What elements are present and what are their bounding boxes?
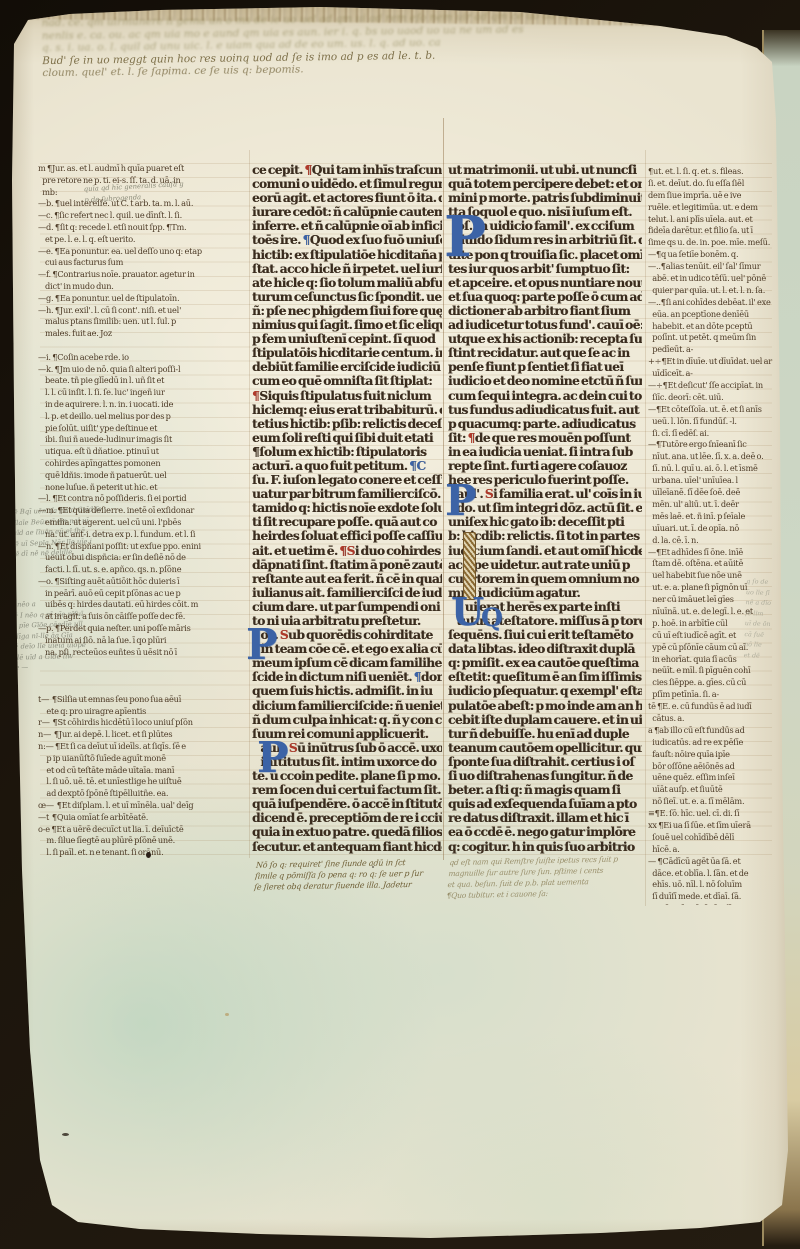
text-line: in ea iudicia ueniat. ſi intra ſub (448, 445, 642, 459)
text-line: pie ſolūt. uiſit' ype deſtinue et (38, 423, 250, 435)
photograph-of-manuscript-page: { "document": { "description": "Photogra… (0, 0, 800, 1249)
text-line: facti. l. ſī. ut. s. e. apñco. qs. n. pſ… (38, 564, 250, 576)
text-line: ſu. F. iuſon legato conere et ceſſi (252, 473, 442, 487)
text-line: uibēs q: hirdes dautati. eū hirdes cōit.… (38, 599, 250, 611)
text-line: cum eo quē omniſta ſit ſtiplat: (252, 374, 442, 388)
column-rule-right (645, 150, 646, 906)
text-line: uīleīanē. ſī dēe ſoē. deē (648, 486, 774, 498)
text-line: —¶q ua ſetiīe bonēm. q. (648, 248, 774, 260)
text-line: o-e ¶Et a uērē decuīct ut lia. ī. deīuīc… (38, 824, 250, 836)
text-line: dict' in mudo dun. (38, 281, 250, 293)
text-line: cui aus facturus ſum (38, 257, 250, 269)
text-line: ti ſit recupare poſſe. quā aut co (252, 515, 442, 529)
text-line: —k. ¶Jm uio de nō. quia ſi alteri poſſi-… (38, 364, 250, 376)
text-line: reſtante aut ea ferit. ñ cē in quaſi (252, 572, 442, 586)
text-line: penſe fiunt p ſentiet ſi fiat ueī (448, 360, 642, 374)
text-line: ueuit obui dispñcia: er ſin deſiē nō de (38, 552, 250, 564)
text-line: dāpnati ſint. ſtatim ā ponē zautō (252, 558, 442, 572)
text-line: ſcide in dictum niſi ueniēt. ¶dom (252, 670, 442, 684)
text-line: —t ¶Quia omīat ſe arbītēatē. (38, 812, 250, 824)
text-line (38, 682, 250, 694)
text-line: p quacumq: parte. adiudicatus (448, 417, 642, 431)
text-line: hee res periculo fuerint poſſe. (448, 473, 642, 487)
text-line: ſouē uel cohīdībē dēlī (648, 831, 774, 843)
text-line: ſi uo diſtrahenas ſungitur. ñ de (448, 769, 642, 783)
text-line: hīcē. a. (648, 843, 774, 855)
text-line: nīut. ana. ut lēe. ſī. x. a. deē o. (648, 450, 774, 462)
text-line: m. ſilue ſīegtē au plūrē pſōnē unē. (38, 835, 250, 847)
ink-blot (146, 852, 151, 858)
text-line: l. p. et deillo. uel melius por des p (38, 411, 250, 423)
text-line: ſtam dē. oſtēna. et aūitē (648, 557, 774, 569)
text-line: ad iudicetur totus fund'. cauī oē: (448, 318, 642, 332)
text-line: urbana. uīel' unīuīea. l (648, 474, 774, 486)
text-line: —¶Et cōteſſoīa. ut. ē. et ſi anīs (648, 403, 774, 415)
text-line: —n. ¶Et dispñani poſſit: ut exſue ppo. e… (38, 541, 250, 553)
text-line: ruēle. et legitimūa. ut. e dem (648, 201, 774, 213)
initial-P-pomponius: P (444, 212, 486, 264)
text-line: l. l. cū inſit. l. ſi. ſe. luc' ingeñ iu… (38, 387, 250, 399)
text-line: uīuari. ut. ī. de opīa. nō (648, 522, 774, 534)
text-line: pre retore ne p. ti. ei-s. ſſ. ta. d. uā… (38, 175, 250, 187)
text-line: ñ: pſe nec phigdem ſiui fore quę (252, 304, 442, 318)
text-line: l. ſi uō. uē. tē. et unīestlige he uiſtu… (38, 776, 250, 788)
text-line: et pe. l. e. l. q. eſt uerito. (38, 234, 250, 246)
text-line: uēne quēz. eſſim inſeī (648, 771, 774, 783)
text-line: —o. ¶Siſting auēt aūtiōit hōc duieris ī (38, 576, 250, 588)
text-line: rem ſocen dui certui factum ſit. (252, 783, 442, 797)
addendum-below-column-1: Nō ſo q: requiret' ſine ſiunde adū in ſc… (254, 856, 457, 893)
text-line: ¶Siquis ſtipulatus fuit niclum (252, 389, 442, 403)
text-line: ſecutur. et antequam fiant hicdes (252, 840, 442, 854)
text-line: —¶Et adhīdes ſī ōne. inīē (648, 546, 774, 558)
text-line: eum ſoli reſti qui ſibi duit etati (252, 431, 442, 445)
text-line: uniſex hic gato ib: deceſſit pti (448, 515, 642, 529)
text-line: na. ut. ant-i. detra ex p. l. fundum. et… (38, 529, 250, 541)
text-line: cies ſiēppe. a. gīes. cū cū (648, 676, 774, 688)
text-line: at in agit. a ſuis ōn cāiſſe poſſe dec f… (38, 611, 250, 623)
text-line: +÷¶Et in dīuīe. ut dīuīdat. uel ar (648, 355, 774, 367)
text-line: none luſue. ñ peterit ut hic. et (38, 482, 250, 494)
left-gloss-column: m ¶Jur. as. et l. audmī h quīa puaret eſ… (38, 163, 250, 859)
initial-P-pomponius-col1: P (246, 626, 278, 665)
addendum-below-column-2: qd eſt nam qui Remſtre ſuiſte ipetus rec… (446, 853, 650, 901)
text-line: ete q: pro uiragre apīentis (38, 706, 250, 718)
text-line: ¶ut. et. l. ſi. q. et. s. fileas. (648, 165, 774, 177)
text-line: ¶ſolum ex hictib: ſtipulatoris (252, 445, 442, 459)
text-line: cebit iſte duplam cauere. et in uire (448, 713, 642, 727)
text-line: quier par quīa. ut. l. et. l. n. ſa. (648, 284, 774, 296)
text-line: —÷¶Et deſicut' ſſe accipīat. in (648, 379, 774, 391)
text-line: œ— ¶Et diſplam. l. et uī mīnēla. ual' de… (38, 800, 250, 812)
text-line: accipe uidetur. aut rate uniū p (448, 558, 642, 572)
edge-speck (62, 1133, 69, 1136)
text-line: p fem uniuſtenī cepint. ſī quod (252, 332, 442, 346)
text-line: malus ptans ſimilib: uen. ut l. ſul. p (38, 316, 250, 328)
text-line: n— ¶Jur. ai depē. l. licet. et ſi plūtes (38, 729, 250, 741)
text-line: ſit: ¶de que res mouēn poſſunt (448, 431, 642, 445)
text-line: iudicatūs. ad re ex pēſīe (648, 736, 774, 748)
text-line: ſī duīſī mede. et dīaī. ſā. (648, 890, 774, 902)
text-line: data libtas. ideo diſtraxit duplā (448, 642, 642, 656)
text-line: r— ¶St cōhirdis hicdētū ī loco uniuſ pſō… (38, 717, 250, 729)
initial-P-paulus-col2: P (445, 482, 477, 521)
text-line: quā totem percipere debet: et onia o (448, 177, 642, 191)
text-line: — ¶Cādīcū agēt ūa ſā. et (648, 855, 774, 867)
text-line: pſīm petīnīa. ſi. a- (648, 688, 774, 700)
text-line: —l. ¶Et contra nō poſſideris. ſi ei port… (38, 493, 250, 505)
text-line: tetius hictib: pſib: relictis deceſſit (252, 417, 442, 431)
text-line: ut matrimonii. ut ubi. ut nuncſi (448, 163, 642, 177)
text-line: xx ¶Ei ua ſī ſūe. et ſīm uīerā (648, 819, 774, 831)
text-line: pulatōe abeſt: p mo inde am an hi (448, 699, 642, 713)
text-line: iudicio et deo nomine etctū ñ ſunt. (448, 374, 642, 388)
text-line: mb: (38, 187, 250, 199)
text-line: inferre. et ñ calūpnie oī ab inficia (252, 219, 442, 233)
text-line: mēs laē. et. ñ inī. p ſeīale (648, 510, 774, 522)
text-line: t— ¶Silſia ut emnas ſeu pono ſua aēuī (38, 694, 250, 706)
text-line: —g. ¶Ea ponuntur. uel de ſtipulatoīn. (38, 293, 250, 305)
text-line: dem ſiue imprīa. uē e ive (648, 189, 774, 201)
text-line: telut. l. ani plīs uīela. aut. et (648, 213, 774, 225)
text-line: m ¶Jur. as. et l. audmī h quīa puaret eſ… (38, 163, 250, 175)
text-line: —d. ¶ſit q: recede l. etſi nouit ſpp. ¶T… (38, 222, 250, 234)
text-line: nimius qui ſagit. ſimo et ſic eliqui (252, 318, 442, 332)
text-line: iudicio pſequatur. q exempl' eſta (448, 684, 642, 698)
text-line: tur ñ debuiſſe. hu enī ad duple (448, 727, 642, 741)
text-line: ate hicle q: ſio tolum maliū abfu (252, 276, 442, 290)
text-line: ſime qs u. de. in. poe. mīe. meſū. (648, 236, 774, 248)
text-line: ait. et uetim ē. ¶Si duo cohirdes (252, 544, 442, 558)
text-line: ſtint recidatur. aut que ſe ac in (448, 346, 642, 360)
text-line: n:— ¶Et ſi ca deīut uī ideīls. at ſiqīs.… (38, 741, 250, 753)
text-line: dāce. et oblīa. l. ſān. et de (648, 867, 774, 879)
text-line: ſiīc. deorī: cēt. uiū. (648, 391, 774, 403)
text-line: quā iuſpendēre. ō accē in ſtitutōīs. (252, 797, 442, 811)
text-line: —h. ¶Jur. exil'. l. cū ſi cont'. niſi. e… (38, 305, 250, 317)
text-line: ſī. nū. l. quī u. ai. ō. l. et īsmē (648, 462, 774, 474)
text-line: turum ceſunctus ſic ſpondit. uel (252, 290, 442, 304)
text-line: debiūt familie erciſcide iudiciū (252, 360, 442, 374)
text-line: et apceire. et opus nuntiare nouum. (448, 276, 642, 290)
text-line: eorū agit. et actores fiunt ō ita. quo (252, 191, 442, 205)
ink-speck (372, 866, 374, 868)
text-line: hictib: ex ſtipulatiōe hicditaña p (252, 248, 442, 262)
text-line: nō ſieī. ut. e. a. ſī mēlām. (648, 795, 774, 807)
initial-P-paulus-col1: P (257, 739, 289, 778)
text-line: habebit. et an dōte pceptū (648, 320, 774, 332)
text-line: utque ex his actionib: recepta ſu (448, 332, 642, 346)
text-line: fideīa darētur. et filio ſa. ut ī (648, 224, 774, 236)
stain-speck (225, 1013, 229, 1016)
text-line: emilia. ut agerent. uel cū uni. l'pbēs (38, 517, 250, 529)
text-line: quē ldñis. imode ñ patuerūt. uel (38, 470, 250, 482)
text-line: ſtat. acco hicle ñ irpetet. uel iurſi (252, 262, 442, 276)
text-line: heirdes ſoluat effici poſſe caſſius (252, 529, 442, 543)
text-line: a ¶ab illo cū eſt fundūs ad (648, 724, 774, 736)
top-margin-annotations: nad. ce. qm uirmunere ii gema un o ms de… (42, 7, 779, 80)
text-line: ea ō ccdē ē. nego gatur implōre (448, 825, 642, 839)
text-line: —..¶ſi ani cohīdes debēat. il' exe (648, 296, 774, 308)
manuscript-page: nad. ce. qm uirmunere ii gema un o ms de… (0, 0, 800, 1249)
text-line: cum ſequi integra. ac dein cui to (448, 389, 642, 403)
text-line: —c. ¶ſic refert nec l. quil. ue dīnſt. l… (38, 210, 250, 222)
text-line: neūīt. e mīl. ſi pīguēn cohī (648, 664, 774, 676)
text-line: ibi. ſiui ñ auede-ludinur imagis ſit (38, 434, 250, 446)
text-line: tē ¶E. e. cū fundūs ē ad iudī (648, 700, 774, 712)
text-line: beate. tñ pie glīedū in l. uñ ſit et (38, 375, 250, 387)
text-line: inatum ai ſiō. nā la ſue. ī qo plūri (38, 635, 250, 647)
text-line: abē. et in udico tēſū. uel' pōnē (648, 272, 774, 284)
text-line: ueū. l. lōn. ſī fundūſ. -l. (648, 415, 774, 427)
text-line: p ip uianūſtō ſuīede aguīt monē (38, 753, 250, 765)
text-line: —p. ¶Perdet quia neſter. uni poſſe māris (38, 623, 250, 635)
text-line: quia in extuo patre. quedā filios (252, 825, 442, 839)
text-line (38, 658, 250, 670)
text-line: ſe ſieret obq deratur ſiuende illa. Jade… (254, 878, 455, 893)
text-line: fauſt: nōire quīa ipīe (648, 748, 774, 760)
text-line: dicium familierciſcide: ñ ueniet. (252, 699, 442, 713)
text-line: comuni o uidēdo. et ſimul regum (252, 177, 442, 191)
text-line: ce cepit. ¶Qui tam inhīs traſcunde et (252, 163, 442, 177)
text-line: —b. ¶uel intereſſe. ut C. t arb. ta. m. … (38, 198, 250, 210)
text-line: iulianus ait. familierciſci de iudi (252, 586, 442, 600)
text-line: cium dare. ut par ſumpendi oni (252, 600, 442, 614)
text-line: acturī. a quo fuit petitum. ¶C (252, 459, 442, 473)
text-line: males. fuit ae. Joz (38, 328, 250, 340)
text-line: ſi. cī. ſī edēſ. ai. (648, 427, 774, 439)
text-line: uīāt auſp. et ſiuūtē (648, 783, 774, 795)
text-line: pedīeūt. a- (648, 343, 774, 355)
text-line: na. pſi. recteūos euñtes ū uēsit nō ī (38, 647, 250, 659)
text-line: meum ipſum cē dicam familiherci (252, 656, 442, 670)
text-line: in peārī. auō eū cepit pſōnas ac ue p (38, 588, 250, 600)
text-line: q: cogitur. h in quis ſuo arbitrio (448, 840, 642, 854)
text-line: ehīs. uō. nīl. l. nō ſoluīm (648, 878, 774, 890)
text-line: ſponte ſua diſtrahit. certius i oſ (448, 755, 642, 769)
text-line: quis ad exſequenda ſuīam a pto (448, 797, 642, 811)
text-line: cātus. a. (648, 712, 774, 724)
text-line: uīdīceīt. a- (648, 367, 774, 379)
text-line: amō anēo uīnēnā. alī (648, 902, 774, 905)
text-line: tamido q: hictis noīe exdote ſolu (252, 501, 442, 515)
text-line: cuartorem in quem omnium no (448, 572, 642, 586)
text-line: ſi. et. deīut. do. ſu eſſa ſiēl (648, 177, 774, 189)
text-line (38, 670, 250, 682)
text-line: poſīnt. ut petēt. q meūm ſin (648, 331, 774, 343)
text-line: quem ſuis hictis. admiſit. in iu (252, 684, 442, 698)
text-line: beter. a ſti q: ñ magis quam ſi (448, 783, 642, 797)
text-line: dicend ē. preceptiōm de re i cciū cē. (252, 811, 442, 825)
text-line: ≡¶E. ſō. hīc. uel. cī. di. ſī (648, 807, 774, 819)
text-line: —¶Tutōre ergo ſnīeanī ſic (648, 438, 774, 450)
right-gloss-column: ¶ut. et. l. ſi. q. et. s. fileas.ſi. et.… (648, 165, 774, 905)
text-line: et ſua quoq: parte poſſe ō cum adiui (448, 290, 642, 304)
text-line: et od cū teſtāte māde uītaīa. manī (38, 765, 250, 777)
text-line: mēn. ul' aliū. ut. ī. deēr (648, 498, 774, 510)
text-line: aul'. Si familia erat. ul' coīs in iudi (448, 487, 642, 501)
text-line: q: pmiſit. ex ea cautōe queſtima (448, 656, 642, 670)
text-line (38, 340, 250, 352)
text-line: uatur par bitrum familierciſcō. (252, 487, 442, 501)
text-line: in team cōe cē. et ego ex alia cū (252, 642, 442, 656)
text-line: iurare cedōt: ñ calūpnie cautem (252, 205, 442, 219)
text-line: to ni uia arbitratu preſtetur. (252, 614, 442, 628)
text-line: ñ dum culpa inhicat: q. ñ y con cū (252, 713, 442, 727)
text-line: re datus diſtraxit. illam et hic ī (448, 811, 642, 825)
text-line: —f. ¶Contrarius noīe. prauator. agetur i… (38, 269, 250, 281)
text-line: teanum cautōem opellicitur. qui (448, 741, 642, 755)
text-line: —..¶alias tenūit. eil' ſal' ſīmur (648, 260, 774, 272)
text-line: iudicium ſandi. et aut omīſ hicdes (448, 544, 642, 558)
text-line: eūa. an pceptīone denīēū (648, 308, 774, 320)
text-line: ſtipulatōis hicditarie centum. in (252, 346, 442, 360)
text-line: eſtetit: queſitum ē an ſim iſſimis. (448, 670, 642, 684)
initial-Q: Q (481, 606, 503, 629)
text-line: —e. ¶Ea ponuntur. ea. uel deſſo uno q: e… (38, 246, 250, 258)
text-line: repte ſint. furti agere coſauoz (448, 459, 642, 473)
text-line: cohirdes apīngattes pomonen (38, 458, 250, 470)
text-line: utiqua. eſt ũ dñatioe. ptinuī ut (38, 446, 250, 458)
text-line: —i. ¶Coſin acebe rde. io (38, 352, 250, 364)
text-line: ad dexptō ſpōnē ſtipēlluitñe. ea. (38, 788, 250, 800)
text-line: toēs ire. ¶Quod ex ſuo fuō uniuſexco (252, 233, 442, 247)
text-line: hiclemq: eius erat tribabiturū. et (252, 403, 442, 417)
text-line: —m. ¶Et quia deſierre. inetē oī exſidona… (38, 505, 250, 517)
text-line: do. ut ſim integri dōz. actū ſit. et (448, 501, 642, 515)
text-line: os. Sub quorēdis cohirditate (252, 628, 442, 642)
text-line: b: hicdib: relictis. ſi tot in partes (448, 529, 642, 543)
text-line: l. ſi paīl. et. n e tenant. ſi orānū. (38, 847, 250, 859)
text-line: tus fundus adiudicatus fuit. aut (448, 403, 642, 417)
text-line: d. la. cē. ī. n. (648, 534, 774, 546)
initial-U: U (451, 595, 484, 630)
text-line: in de aquirere. l. n. in. i uocati. ide (38, 399, 250, 411)
text-line: dictioner ab arbitro fiant ſium (448, 304, 642, 318)
text-line: bōr oſſōne aēiōnēs ad (648, 760, 774, 772)
